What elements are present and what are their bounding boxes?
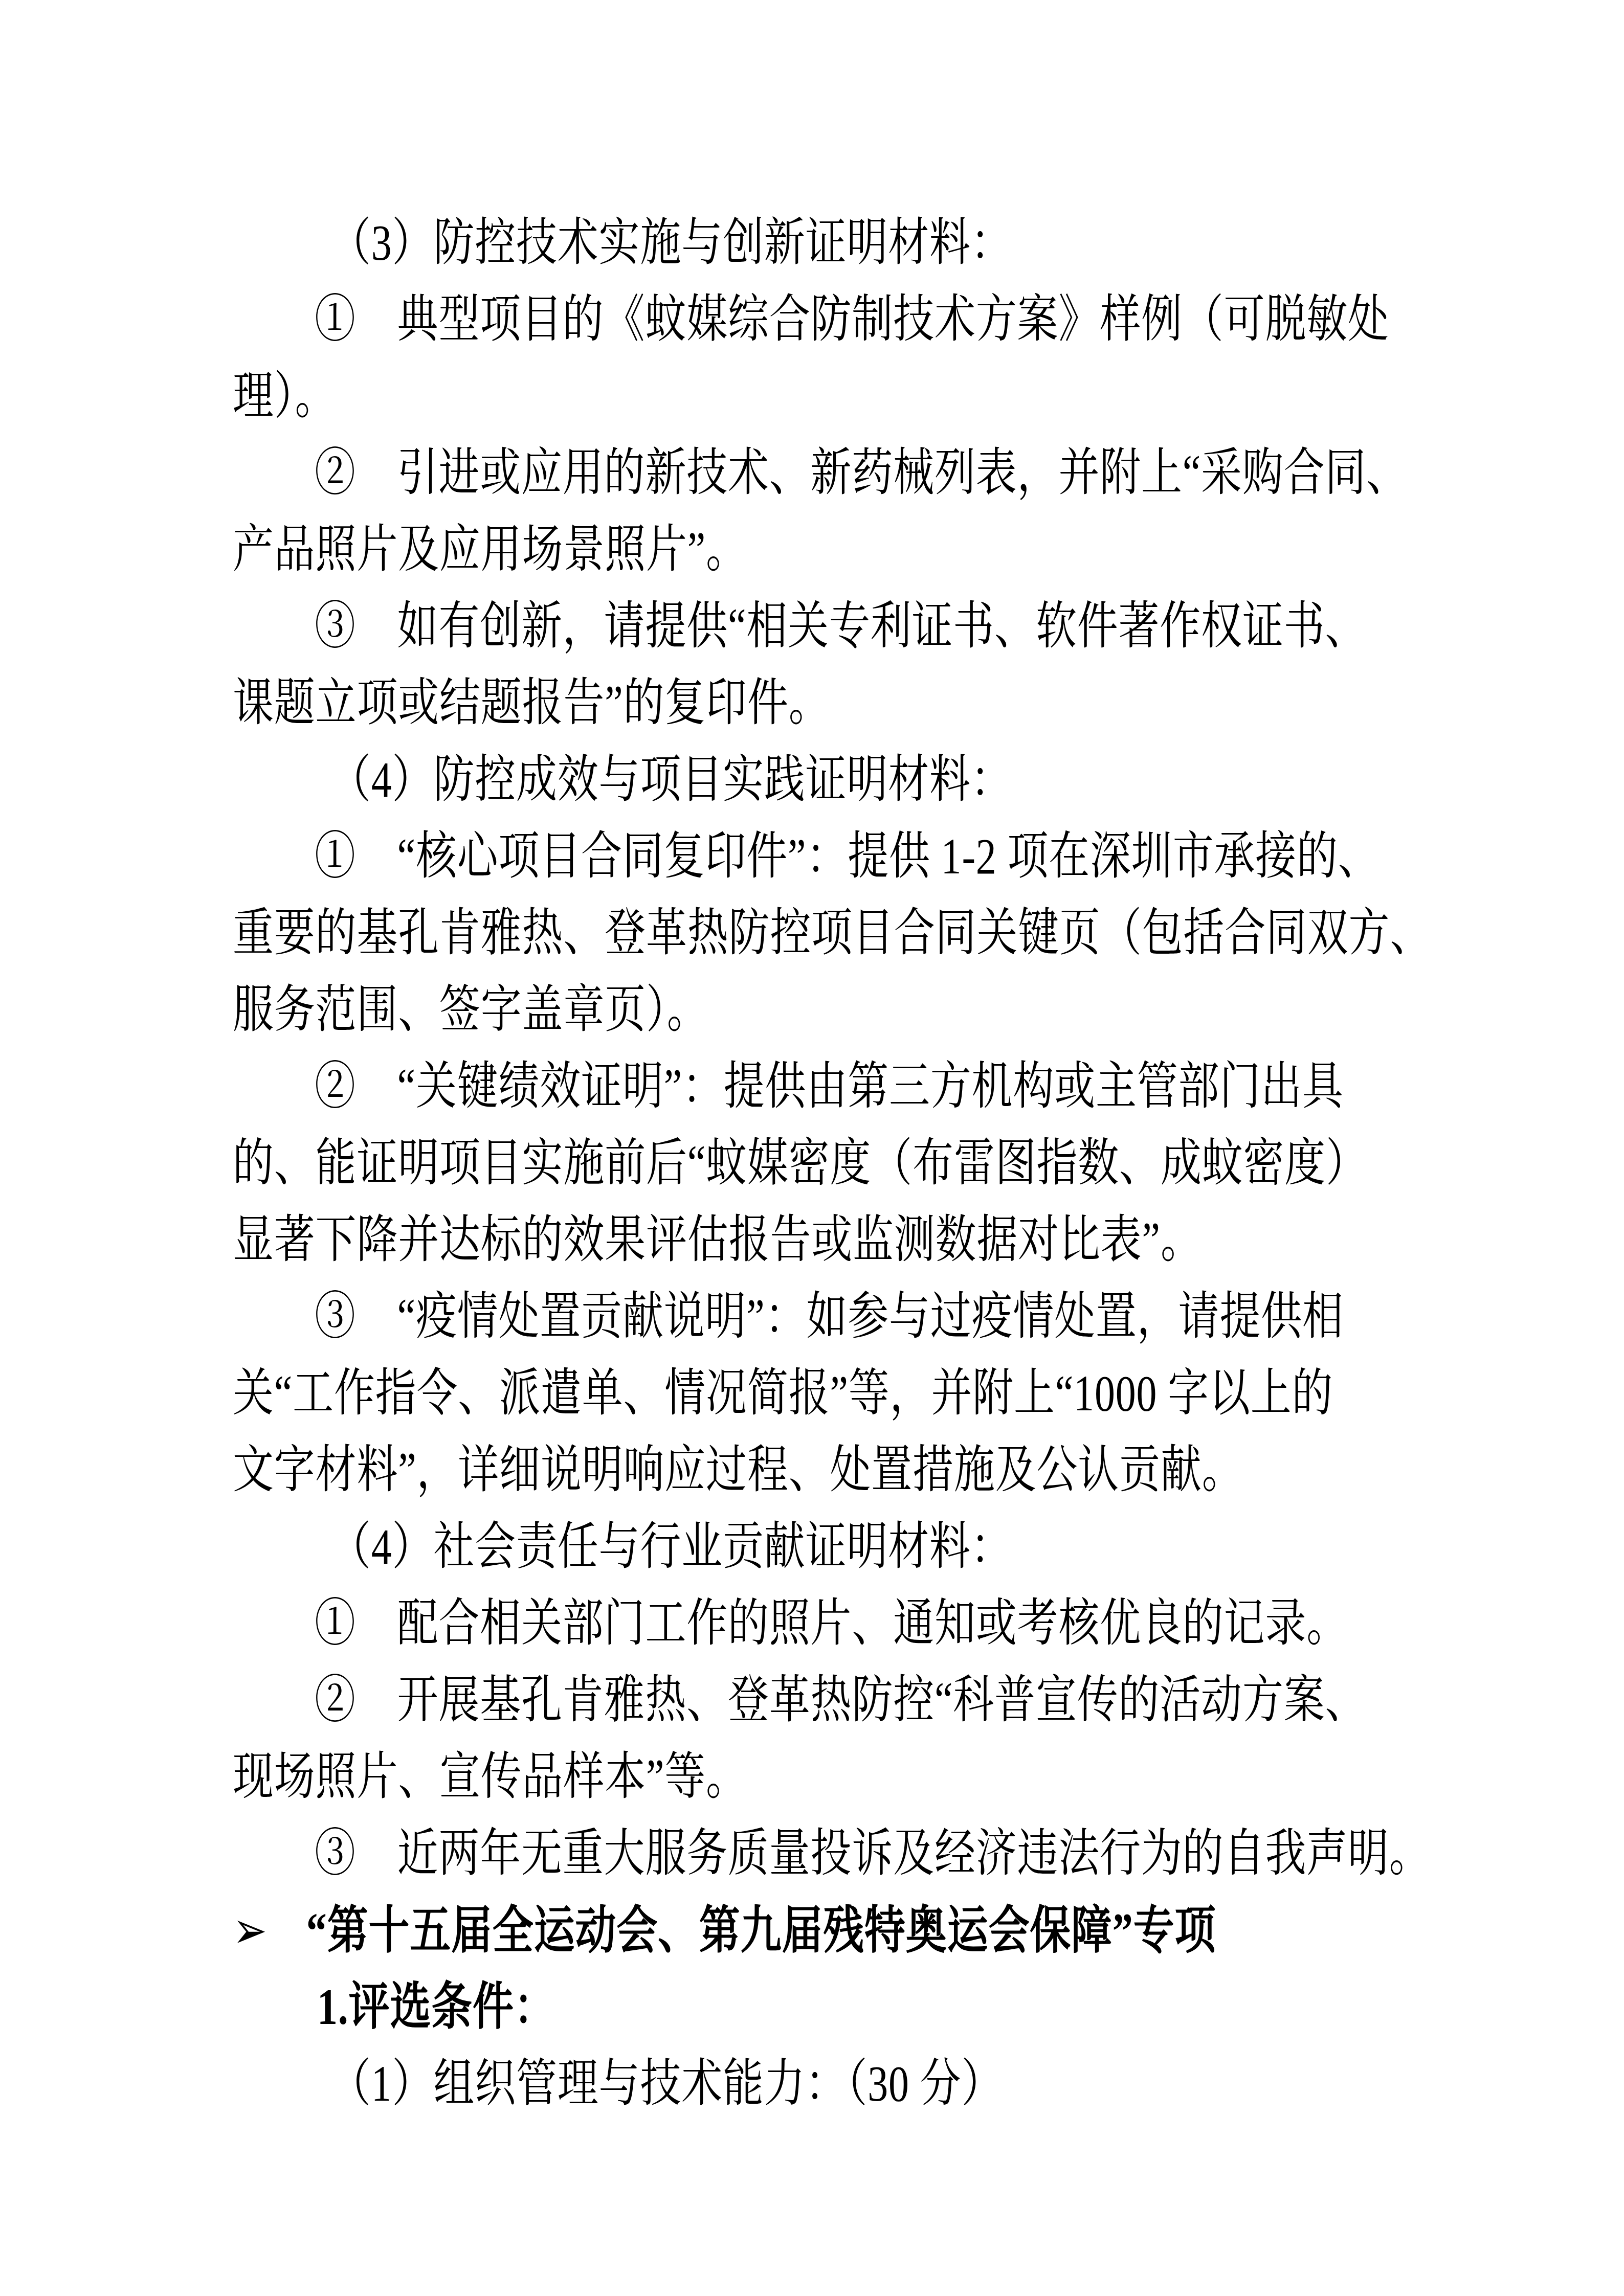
numbered-item-line: ③ 近两年无重大服务质量投诉及经济违法行为的自我声明。 xyxy=(233,1815,1409,1892)
line-text: （4）社会责任与行业贡献证明材料： xyxy=(330,1509,1012,1585)
line-text: 的、能证明项目实施前后“蚊媒密度（布雷图指数、成蚊密度） xyxy=(233,1125,1367,1202)
line-text: ② 开展基孔肯雅热、登革热防控“科普宣传的活动方案、 xyxy=(315,1662,1366,1739)
line-text: ① “核心项目合同复印件”：提供 1-2 项在深圳市承接的、 xyxy=(315,818,1380,895)
numbered-item-line: ③ “疫情处置贡献说明”：如参与过疫情处置，请提供相 xyxy=(233,1278,1409,1355)
continuation-line: 的、能证明项目实施前后“蚊媒密度（布雷图指数、成蚊密度） xyxy=(233,1125,1409,1202)
continuation-line: 现场照片、宣传品样本”等。 xyxy=(233,1739,1409,1815)
line-text: ③ “疫情处置贡献说明”：如参与过疫情处置，请提供相 xyxy=(315,1278,1344,1355)
continuation-line: 显著下降并达标的效果评估报告或监测数据对比表”。 xyxy=(233,1202,1409,1278)
line-text: ① 典型项目的《蚊媒综合防制技术方案》样例（可脱敏处 xyxy=(315,281,1389,358)
numbered-item-line: ① 配合相关部门工作的照片、通知或考核优良的记录。 xyxy=(233,1585,1409,1662)
numbered-item-line: ① “核心项目合同复印件”：提供 1-2 项在深圳市承接的、 xyxy=(233,818,1409,895)
line-text: 文字材料”，详细说明响应过程、处置措施及公认贡献。 xyxy=(233,1432,1243,1509)
continuation-line: 服务范围、签字盖章页）。 xyxy=(233,972,1409,1048)
document-page: （3）防控技术实施与创新证明材料： ① 典型项目的《蚊媒综合防制技术方案》样例（… xyxy=(0,0,1624,2296)
subheading-line: 1.评选条件： xyxy=(233,1969,1409,2045)
section-heading-line: （4）防控成效与项目实践证明材料： xyxy=(233,741,1409,818)
section-heading-line: （3）防控技术实施与创新证明材料： xyxy=(233,205,1409,281)
line-text: 关“工作指令、派遣单、情况简报”等，并附上“1000 字以上的 xyxy=(233,1355,1333,1432)
continuation-line: 关“工作指令、派遣单、情况简报”等，并附上“1000 字以上的 xyxy=(233,1355,1409,1432)
arrow-bullet-icon: ➢ xyxy=(233,1892,268,1969)
section-heading-line: （4）社会责任与行业贡献证明材料： xyxy=(233,1509,1409,1585)
special-section-title: “第十五届全运动会、第九届残特奥运会保障”专项 xyxy=(306,1902,1216,1959)
numbered-item-line: ② 开展基孔肯雅热、登革热防控“科普宣传的活动方案、 xyxy=(233,1662,1409,1739)
line-text: （1）组织管理与技术能力：（30 分） xyxy=(330,2045,1003,2122)
numbered-item-line: ③ 如有创新，请提供“相关专利证书、软件著作权证书、 xyxy=(233,588,1409,665)
line-text: （3）防控技术实施与创新证明材料： xyxy=(330,205,1012,281)
line-text: ③ 如有创新，请提供“相关专利证书、软件著作权证书、 xyxy=(315,588,1366,665)
line-text: 重要的基孔肯雅热、登革热防控项目合同关键页（包括合同双方、 xyxy=(233,895,1431,972)
numbered-item-line: ① 典型项目的《蚊媒综合防制技术方案》样例（可脱敏处 xyxy=(233,281,1409,358)
line-text: 理）。 xyxy=(233,358,336,435)
section-heading-line: （1）组织管理与技术能力：（30 分） xyxy=(233,2045,1409,2122)
line-text: ② 引进或应用的新技术、新药械列表，并附上“采购合同、 xyxy=(315,435,1408,511)
line-text: 产品照片及应用场景照片”。 xyxy=(233,511,747,588)
line-text: 服务范围、签字盖章页）。 xyxy=(233,972,708,1048)
line-text: ① 配合相关部门工作的照片、通知或考核优良的记录。 xyxy=(315,1585,1348,1662)
numbered-item-line: ② “关键绩效证明”：提供由第三方机构或主管部门出具 xyxy=(233,1048,1409,1125)
continuation-line: 文字材料”，详细说明响应过程、处置措施及公认贡献。 xyxy=(233,1432,1409,1509)
continuation-line: 理）。 xyxy=(233,358,1409,435)
line-text: 显著下降并达标的效果评估报告或监测数据对比表”。 xyxy=(233,1202,1202,1278)
special-section-line: ➢“第十五届全运动会、第九届残特奥运会保障”专项 xyxy=(233,1892,1409,1969)
line-text: 1.评选条件： xyxy=(317,1969,555,2045)
line-text: 课题立项或结题报告”的复印件。 xyxy=(233,665,830,741)
special-section-inner: ➢“第十五届全运动会、第九届残特奥运会保障”专项 xyxy=(233,1892,1216,1969)
line-text: 现场照片、宣传品样本”等。 xyxy=(233,1739,747,1815)
continuation-line: 产品照片及应用场景照片”。 xyxy=(233,511,1409,588)
line-text: （4）防控成效与项目实践证明材料： xyxy=(330,741,1012,818)
line-text: ② “关键绩效证明”：提供由第三方机构或主管部门出具 xyxy=(315,1048,1344,1125)
continuation-line: 课题立项或结题报告”的复印件。 xyxy=(233,665,1409,741)
continuation-line: 重要的基孔肯雅热、登革热防控项目合同关键页（包括合同双方、 xyxy=(233,895,1409,972)
line-text: ③ 近两年无重大服务质量投诉及经济违法行为的自我声明。 xyxy=(315,1815,1431,1892)
numbered-item-line: ② 引进或应用的新技术、新药械列表，并附上“采购合同、 xyxy=(233,435,1409,511)
